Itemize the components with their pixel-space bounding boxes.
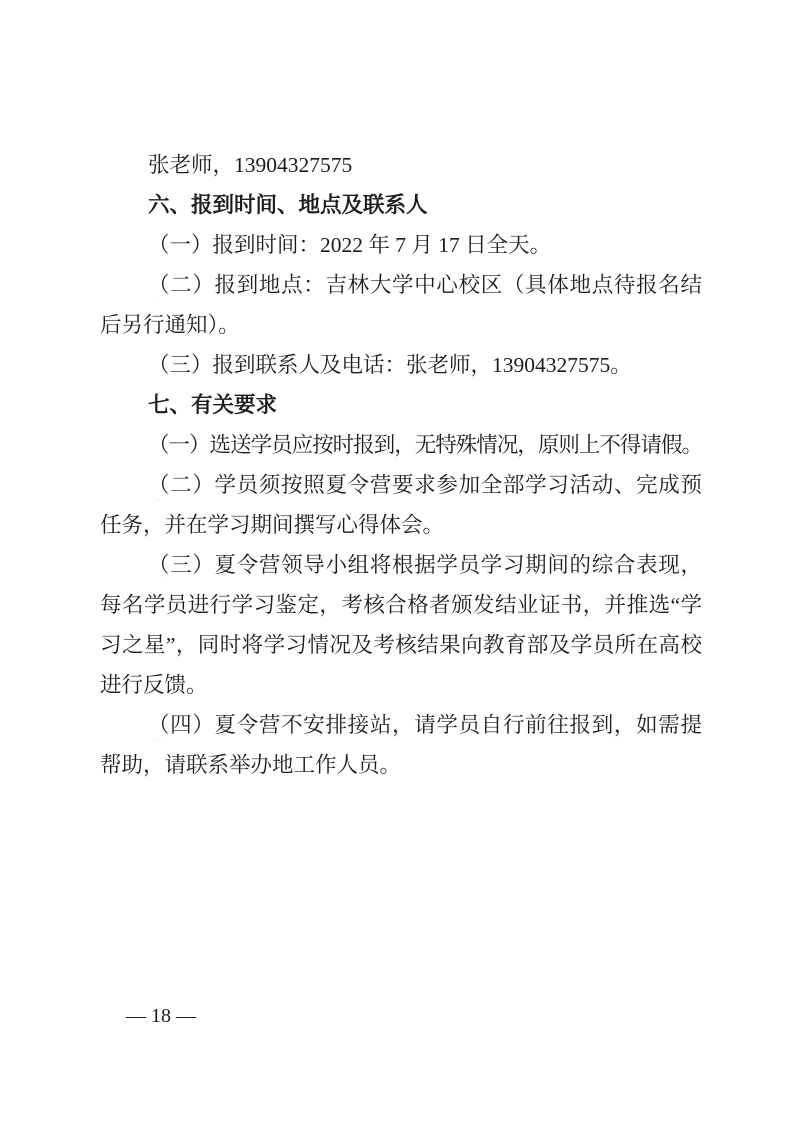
text-line-14: 进行反馈。 bbox=[100, 672, 208, 699]
document-page: 张老师，13904327575六、报到时间、地点及联系人（一）报到时间：2022… bbox=[0, 0, 793, 1122]
text-line-4: （二）报到地点：吉林大学中心校区（具体地点待报名结束 bbox=[148, 272, 702, 301]
text-line-12: 每名学员进行学习鉴定，考核合格者颁发结业证书，并推选“学 bbox=[100, 592, 702, 621]
text-line-15: （四）夏令营不安排接站，请学员自行前往报到，如需提供 bbox=[148, 712, 702, 741]
text-line-2: 六、报到时间、地点及联系人 bbox=[148, 192, 428, 219]
text-line-16: 帮助，请联系举办地工作人员。 bbox=[100, 752, 401, 779]
text-line-5: 后另行通知）。 bbox=[100, 312, 240, 339]
text-line-11: （三）夏令营领导小组将根据学员学习期间的综合表现，对 bbox=[148, 552, 702, 581]
text-line-7: 七、有关要求 bbox=[148, 392, 277, 419]
text-line-9: （二）学员须按照夏令营要求参加全部学习活动、完成预定 bbox=[148, 472, 702, 501]
text-line-3: （一）报到时间：2022 年 7 月 17 日全天。 bbox=[148, 232, 551, 259]
text-line-6: （三）报到联系人及电话：张老师，13904327575。 bbox=[148, 352, 632, 379]
page-number: — 18 — bbox=[126, 1003, 196, 1029]
text-line-10: 任务，并在学习期间撰写心得体会。 bbox=[100, 512, 444, 539]
text-line-1: 张老师，13904327575 bbox=[148, 152, 352, 179]
text-line-13: 习之星”，同时将学习情况及考核结果向教育部及学员所在高校 bbox=[100, 632, 702, 661]
document-content: 张老师，13904327575六、报到时间、地点及联系人（一）报到时间：2022… bbox=[0, 0, 793, 1122]
text-line-8: （一）选送学员应按时报到，无特殊情况，原则上不得请假。 bbox=[148, 432, 702, 461]
